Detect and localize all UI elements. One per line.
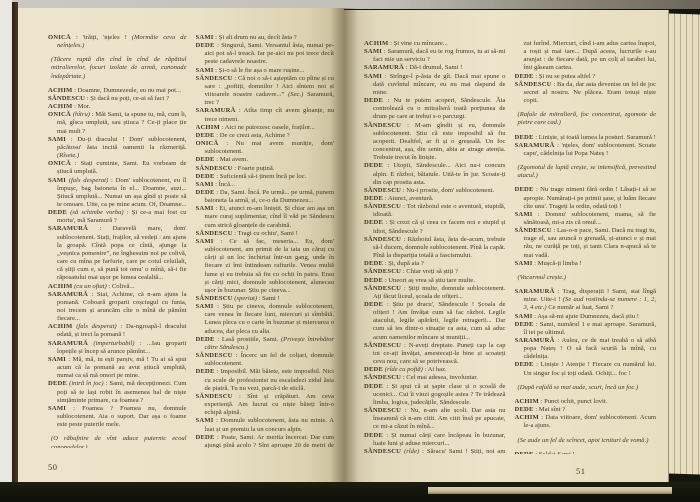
stage-direction: (Vacarmul crește.) — [515, 274, 657, 282]
speaker-cue: (imperturbabil) — [88, 340, 134, 347]
speaker-name: SAMI — [48, 356, 66, 363]
dialogue-line: ACHIM : Aici ne putrezesc oasele, frațil… — [196, 124, 335, 132]
dialogue-line: DEDE (să schimbe vorba) : Și ce-a mai fo… — [48, 209, 187, 225]
speaker-name: SĂNDESCU — [364, 187, 401, 194]
speaker-name: SĂNDESCU — [196, 165, 233, 172]
dialogue-line: SARAMURĂ : Atîta timp cît avem gloanțe, … — [196, 107, 335, 123]
speaker-name: SAMI — [48, 136, 66, 143]
dialogue-line: DEDE : Mai avem. — [196, 156, 335, 164]
dialogue-line: ACHIM : Punct ochit, punct lovit. — [515, 398, 657, 406]
dialogue-line: DEDE : Liniște ! Atenție ! Fiecare cu nu… — [515, 361, 657, 377]
inline-stage-note: (Mormăie ceva de neînțeles.) — [57, 34, 187, 49]
scanner-bed-left — [0, 0, 12, 491]
speaker-cue: (să schimbe vorba) — [67, 209, 124, 216]
right-page-columns: ACHIM : Și vine cu mîncare...SAMI : Sara… — [344, 10, 668, 454]
speaker-name: DEDE — [196, 42, 215, 49]
speaker-name: DEDE — [515, 186, 534, 193]
dialogue-line: SARAMURĂ : Daravelă mare, dom' sublocote… — [48, 225, 187, 282]
dialogue-line: SĂNDESCU : Chiar vreți să știți ? — [364, 268, 506, 276]
text-column: SAMI : Și alt drum nu au, decît ăsta ?DE… — [196, 34, 335, 448]
speaker-cue: (speriat) — [233, 295, 257, 302]
inline-stage-note: (Se aud rostindu-se numere : 1, 2, 3, 4 … — [524, 296, 657, 311]
dialogue-line: DEDE : Sami, numărul 1 e mai aproape. Sa… — [515, 321, 657, 337]
dialogue-line: SARAMURĂ : 'nțeles, dom' sublocotenent. … — [515, 142, 657, 158]
dialogue-line: SAMI : Saramură, dacă eu te rog frumos, … — [364, 48, 506, 64]
speaker-name: SĂNDESCU — [196, 75, 233, 82]
dialogue-line: SAMI : Strînge-l p-ăsta de gît. Dacă mai… — [364, 73, 506, 97]
speaker-name: SĂNDESCU — [364, 342, 401, 349]
dialogue-line: SARAMURĂ : Dă-i drumul, Sami ! — [364, 64, 506, 72]
dialogue-line: SĂNDESCU : Tot războiul este o aventură,… — [364, 203, 506, 219]
speaker-name: SAMI — [196, 205, 214, 212]
speaker-name: SAMI — [48, 405, 66, 412]
speaker-name: SAMI — [196, 34, 214, 41]
speaker-name: DEDE — [196, 189, 215, 196]
dialogue-line: SĂNDESCU : Războiul ăsta, ăsta de-acum, … — [364, 236, 506, 260]
dialogue-line: SAMI : Foamea ? Foamea nu, domnule sublo… — [48, 405, 187, 429]
dialogue-line: SAMI : Domnu' sublocotenent, mama, să fi… — [515, 211, 657, 227]
dialogue-line: SĂNDESCU (rîde) : Săracu' Sami ! Știți, … — [364, 448, 506, 454]
speaker-name: SAMI — [196, 303, 214, 310]
speaker-name: SĂNDESCU — [515, 227, 552, 234]
stage-direction: (Tăcere ruptă din cînd în cînd de răpăit… — [48, 56, 187, 80]
dialogue-line: DEDE : Atunci, aventură. — [364, 195, 506, 203]
stage-direction: (Rafale de mitralieră, foc concentrat, z… — [515, 111, 657, 127]
speaker-name: DEDE — [364, 301, 383, 308]
stage-direction: (Zgomotul de luptă crește, se intensific… — [515, 164, 657, 180]
dialogue-line: SAMI : Și alt drum nu au, decît ăsta ? — [196, 34, 335, 42]
dialogue-line: SAMI : Du-ți dracului ! Dom' sublocotene… — [48, 136, 187, 160]
dialogue-line: ACHIM (fals desperat) : Da-ngroapă-l dra… — [48, 323, 187, 339]
speaker-name: ACHIM — [48, 103, 72, 110]
speaker-name: ONICĂ — [196, 140, 219, 147]
dialogue-line: ONICĂ : Nu mai avem muniție, dom' subloc… — [196, 140, 335, 156]
page-edge-stack — [669, 13, 700, 474]
speaker-name: SAMI — [364, 73, 382, 80]
speaker-name: DEDE — [364, 219, 383, 226]
speaker-name: SAMI — [196, 417, 214, 424]
dialogue-line: SAMI : Ce să fac, meseria... Eu, dom' su… — [196, 238, 335, 295]
speaker-name: SARAMURĂ — [48, 225, 88, 232]
speaker-name: DEDE — [196, 368, 215, 375]
dialogue-line: DEDE : Știu pe dracu', Săndescule ! Școa… — [364, 301, 506, 342]
dialogue-continuation: zut furînd. Miercuri, cînd i-am adus car… — [515, 40, 657, 73]
speaker-name: DEDE — [515, 134, 534, 141]
page-number: 51 — [576, 466, 586, 476]
speaker-name: DEDE — [196, 434, 215, 441]
scanned-book-photo: ONICĂ : 'trăiți, 'nțeles ! (Mormăie ceva… — [0, 0, 700, 502]
speaker-name: SĂNDESCU — [364, 122, 401, 129]
speaker-name: DEDE — [48, 209, 67, 216]
speaker-name: DEDE — [515, 321, 534, 328]
speaker-name: SĂNDESCU — [196, 393, 233, 400]
dialogue-line: DEDE : Suficientă să-i ținem încă pe loc… — [196, 173, 335, 181]
dialogue-line: DEDE : Mai sînt ? — [515, 406, 657, 414]
speaker-name: ACHIM — [48, 87, 72, 94]
dialogue-line: SAMI : Mușcă-ți limba ! — [515, 260, 657, 268]
left-page-columns: ONICĂ : 'trăiți, 'nțeles ! (Mormăie ceva… — [18, 8, 344, 448]
dialogue-line: SĂNDESCU : Tragi cu ochiu', Sami ! — [196, 230, 335, 238]
speaker-name: DEDE — [364, 97, 383, 104]
dialogue-line: SĂNDESCU : N-aveți dreptate. Puneți cap … — [364, 342, 506, 366]
dialogue-line: SAMI : Și-o să le fie așa o mare rușine.… — [196, 67, 335, 75]
dialogue-line: SAMI (fals desperat) : Dom' sublocotenen… — [48, 177, 187, 210]
stage-direction: (Se aude un fel de scîncet, apoi icnitur… — [515, 437, 657, 445]
dialogue-line: SAMI : Mă, mă, tu ești parșiv, mă ! Tu a… — [48, 356, 187, 380]
dialogue-line: ONICĂ : Stați cuminte, Sami. Eu vorbeam … — [48, 160, 187, 176]
dialogue-line: DEDE : Nu trage nimeni fără ordin ! Lăsa… — [515, 186, 657, 210]
dialogue-line: SĂNDESCU : Nu-i prostie, dom' sublocoten… — [364, 187, 506, 195]
speaker-name: SARAMURĂ — [196, 107, 236, 114]
inline-stage-note: (Rîsete.) — [57, 152, 79, 159]
dialogue-line: SAMI : Așa să-mi ajute Dumnezeu, dacă șt… — [515, 313, 657, 321]
dialogue-line: DEDE : Și spui că ai șapte clase și o șc… — [364, 383, 506, 407]
dialogue-line: SARAMURĂ : Stai, Achime, că n-am ajuns l… — [48, 291, 187, 324]
speaker-name: DEDE — [48, 380, 67, 387]
speaker-name: SARAMURĂ — [48, 291, 88, 298]
stage-direction: (O răbufnire de vînt aduce puternic ecou… — [48, 435, 187, 448]
speaker-name: DEDE — [364, 162, 383, 169]
text-column: zut furînd. Miercuri, cînd i-am adus car… — [515, 40, 657, 454]
dialogue-line: ACHIM : Și vine cu mîncare... — [364, 40, 506, 48]
speaker-cue: (fals desperat) — [72, 323, 116, 330]
page-number: 50 — [48, 462, 58, 472]
dialogue-line: DEDE : Uneori aș vrea să știu tare multe… — [364, 277, 506, 285]
dialogue-line: DEDE : Și crezi că și ceea ce facem noi … — [364, 219, 506, 235]
dialogue-line: SĂNDESCU : Las-o-n pace, Sami. Dacă nu t… — [515, 227, 657, 260]
speaker-name: SAMI — [515, 260, 533, 267]
speaker-name: SĂNDESCU — [364, 285, 401, 292]
speaker-cue: (cu un oftat) — [72, 283, 106, 290]
dialogue-line: ACHIM (cu un oftat) : Colivă... — [48, 283, 187, 291]
speaker-name: SARAMURĂ — [515, 288, 555, 295]
dialogue-line: DEDE : Lasă prostiile, Sami. (Privește î… — [196, 336, 335, 352]
left-page: ONICĂ : 'trăiți, 'nțeles ! (Mormăie ceva… — [18, 8, 344, 484]
text-column: ONICĂ : 'trăiți, 'nțeles ! (Mormăie ceva… — [48, 34, 187, 448]
dialogue-line: SĂNDESCU : Că noi o să-i așteptăm cu pîi… — [196, 75, 335, 108]
dialogue-line: SAMI : Încă... — [196, 181, 335, 189]
dialogue-line: DEDE : Liniște, și toată lumea la postur… — [515, 134, 657, 142]
speaker-name: DEDE — [364, 277, 383, 284]
speaker-name: SAMI — [515, 313, 533, 320]
dialogue-line: SĂNDESCU : Cel mai adesea, involuntar. — [364, 374, 506, 382]
speaker-name: SĂNDESCU — [364, 374, 401, 381]
speaker-cue: (intră în joc) — [67, 380, 103, 387]
speaker-name: SARAMURĂ — [515, 142, 555, 149]
speaker-name: DEDE — [364, 260, 383, 267]
speaker-name: SĂNDESCU — [364, 268, 401, 275]
speaker-cue: (hîtru) — [71, 111, 90, 118]
dialogue-line: DEDE (intră în joc) : Sami, mă decepțion… — [48, 380, 187, 404]
speaker-name: DEDE — [515, 451, 534, 454]
speaker-name: SĂNDESCU — [364, 407, 401, 414]
dialogue-line: SARAMURĂ : Auleu, ce de mai treabă o să … — [515, 337, 657, 361]
inline-stage-note: (Sec.) — [288, 91, 303, 98]
speaker-name: SĂNDESCU — [196, 230, 233, 237]
dialogue-line: SĂNDESCU (speriat) : Sami ! — [196, 295, 335, 303]
dialogue-line: DEDE : Nu te putem acoperi, Săndescule. … — [364, 97, 506, 121]
speaker-name: SĂNDESCU — [48, 95, 85, 102]
speaker-name: SAMI — [196, 238, 214, 245]
speaker-name: SAMI — [196, 67, 214, 74]
speaker-name: DEDE — [196, 336, 215, 343]
speaker-name: ACHIM — [515, 398, 539, 405]
speaker-cue: (fals desperat) — [66, 177, 108, 184]
speaker-name: DEDE — [364, 366, 383, 373]
dialogue-line: ACHIM : Doamne, Dumnezeule, eu nu mai po… — [48, 87, 187, 95]
speaker-name: SARAMURĂ — [48, 340, 88, 347]
dialogue-line: SAMI : Domnule sublocotenent, ăsta nu mi… — [196, 417, 335, 433]
dialogue-line: DEDE : Singurul, Sami. Versantul ăsta, n… — [196, 42, 335, 66]
speaker-name: ONICĂ — [48, 111, 71, 118]
dialogue-line: SĂNDESCU : Nu, n-am alte școli. Dar asta… — [364, 407, 506, 431]
speaker-name: DEDE — [196, 173, 215, 180]
speaker-name: SARAMURĂ — [364, 64, 404, 71]
spine-headband — [347, 483, 433, 497]
speaker-cue: (rîde cu poftă) — [383, 366, 423, 373]
speaker-name: ACHIM — [364, 40, 388, 47]
dialogue-line: ONICĂ : 'trăiți, 'nțeles ! (Mormăie ceva… — [48, 34, 187, 50]
speaker-name: SĂNDESCU — [196, 295, 233, 302]
dialogue-line: SĂNDESCU : Sînt și crăpături. Am ceva ex… — [196, 393, 335, 417]
dialogue-line: DEDE : De ce crezi asta, Achime ? — [196, 132, 335, 140]
inline-stage-note: (Privește întrebător către Săndescu.) — [205, 336, 335, 351]
speaker-name: DEDE — [196, 156, 215, 163]
page-gutter-shadow — [330, 8, 358, 486]
speaker-name: SAMI — [196, 181, 214, 188]
dialogue-line: SĂNDESCU : M-am gîndit și eu, domnule su… — [364, 122, 506, 163]
dialogue-line: SAMI : Știu pe cineva, domnule sublocote… — [196, 303, 335, 336]
right-page: ACHIM : Și vine cu mîncare...SAMI : Sara… — [344, 10, 669, 488]
speaker-name: SĂNDESCU — [364, 203, 401, 210]
speaker-name: SĂNDESCU — [364, 236, 401, 243]
speaker-name: ACHIM — [515, 414, 539, 421]
speaker-name: SAMI — [515, 211, 533, 218]
speaker-name: SAMI — [364, 48, 382, 55]
speaker-name: ONICĂ — [48, 160, 71, 167]
speaker-name: SĂNDESCU — [196, 352, 233, 359]
speaker-name: DEDE — [515, 73, 534, 80]
speaker-name: DEDE — [364, 383, 383, 390]
speaker-name: ACHIM — [48, 323, 72, 330]
dialogue-line: DEDE : Poate, Sami. Ar merita încercat. … — [196, 434, 335, 448]
speaker-name: SARAMURĂ — [515, 337, 555, 344]
dialogue-line: DEDE : Da, Sami. Încă. Pe urmă... pe urm… — [196, 189, 335, 205]
text-column: ACHIM : Și vine cu mîncare...SAMI : Sara… — [364, 40, 506, 454]
dialogue-line: SAMI : Ei, atunci m-am liniștit. Și chia… — [196, 205, 335, 229]
dialogue-line: SĂNDESCU : Încerc un fel de colțari, dom… — [196, 352, 335, 368]
speaker-name: ACHIM — [196, 124, 220, 131]
speaker-name: SAMI — [48, 177, 66, 184]
dialogue-line: ONICĂ (hîtru) : Măi Sami, ia spune tu, m… — [48, 111, 187, 135]
dialogue-line: SĂNDESCU : Ba da, dar asta devenise un f… — [515, 81, 657, 105]
speaker-name: DEDE — [196, 132, 215, 139]
speaker-name: ONICĂ — [48, 34, 71, 41]
dialogue-line: SĂNDESCU : Știți multe, domnule sublocot… — [364, 285, 506, 301]
speaker-cue: (rîde) — [401, 448, 419, 454]
speaker-name: DEDE — [364, 195, 383, 202]
dialogue-line: DEDE : Și numai cărți care încăpeau în b… — [364, 432, 506, 448]
stage-direction: (După rafală se mai aude, scurt, încă un… — [515, 384, 657, 392]
speaker-name: DEDE — [515, 361, 534, 368]
dialogue-line: DEDE : Imposibil. Măi băiete, este impos… — [196, 368, 335, 392]
speaker-name: SĂNDESCU — [515, 81, 552, 88]
dialogue-line: SARAMURĂ (imperturbabil) : ...Iau gropar… — [48, 340, 187, 356]
dialogue-line: DEDE : Utopii, Săndescule... Aici nu-i c… — [364, 162, 506, 186]
speaker-name: SĂNDESCU — [364, 448, 401, 454]
dialogue-line: DEDE : Soldat Sami ! — [515, 451, 657, 454]
speaker-name: DEDE — [364, 432, 383, 439]
dialogue-line: DEDE : Și nu se putea altfel ? — [515, 73, 657, 81]
dialogue-line: SĂNDESCU : Foarte puțină. — [196, 165, 335, 173]
dialogue-line: SĂNDESCU : Și dacă nu poți, ce-ai să fac… — [48, 95, 187, 103]
speaker-name: DEDE — [515, 406, 534, 413]
bottom-page-edges — [428, 487, 672, 494]
dialogue-line: ACHIM : Data viitoare, dom' sublocotenen… — [515, 414, 657, 430]
dialogue-line: SARAMURĂ : Trag, disperații ! Sami, stai… — [515, 288, 657, 312]
speaker-name: ACHIM — [48, 283, 72, 290]
